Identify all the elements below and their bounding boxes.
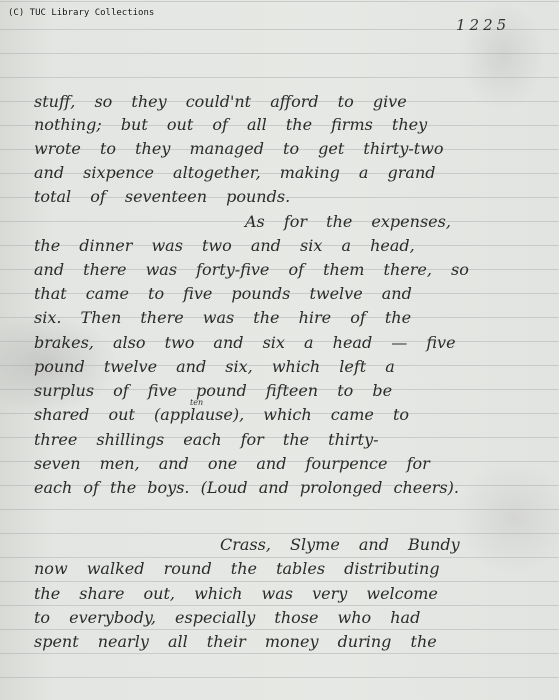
text-line: spent nearly all their money during the [34,632,437,651]
text-line: six. Then there was the hire of the [34,308,411,327]
text-line: nothing; but out of all the firms they [34,115,427,134]
text-line: wrote to they managed to get thirty-two [34,139,444,158]
text-line: to everybody, especially those who had [34,608,420,627]
text-line: pound twelve and six, which left a [34,357,395,376]
text-line: total of seventeen pounds. [34,187,290,206]
text-line: the share out, which was very welcome [34,584,438,603]
copyright-watermark: (C) TUC Library Collections [8,8,154,18]
text-line: shared out (applause), which came to [34,405,409,424]
text-line: that came to five pounds twelve and [34,284,412,303]
text-line: surplus of five pound fifteen to be [34,381,392,400]
text-line: the dinner was two and six a head, [34,236,415,255]
text-line: and there was forty-five of them there, … [34,260,469,279]
text-line: now walked round the tables distributing [34,559,440,578]
text-line: brakes, also two and six a head — five [34,333,456,352]
text-line: each of the boys. (Loud and prolonged ch… [34,478,459,497]
text-line: stuff, so they could'nt afford to give [34,92,407,111]
manuscript-page: (C) TUC Library Collections 1225 stuff, … [0,0,559,700]
text-line-indented: As for the expenses, [245,212,451,231]
text-line-indented: Crass, Slyme and Bundy [220,535,460,554]
text-line: seven men, and one and fourpence for [34,454,430,473]
text-line: three shillings each for the thirty- [34,430,379,449]
text-line: and sixpence altogether, making a grand [34,163,436,182]
page-number: 1225 [456,16,510,34]
